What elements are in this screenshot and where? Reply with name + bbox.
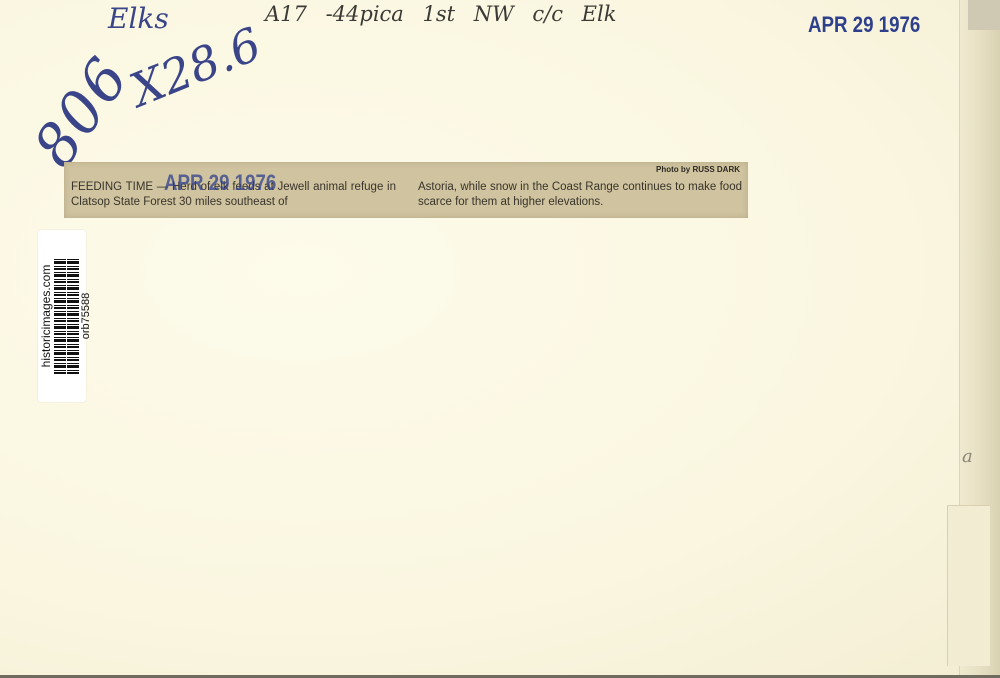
- label-site: historicimages.com: [40, 236, 53, 396]
- handwritten-subject: Elks: [108, 2, 169, 35]
- date-stamp: APR 29 1976: [808, 12, 920, 38]
- clipping-date-stamp: APR 29 1976: [164, 170, 276, 196]
- archive-barcode-label: historicimages.com orb75588: [38, 230, 86, 402]
- newspaper-clipping: Photo by RUSS DARK FEEDING TIME — Herd o…: [64, 162, 748, 218]
- right-edge-tab: [947, 505, 990, 666]
- label-item-id: orb75588: [80, 236, 92, 396]
- margin-mark: a: [962, 446, 973, 467]
- barcode-icon: [54, 258, 66, 374]
- barcode-icon-2: [67, 258, 79, 374]
- photo-credit: Photo by RUSS DARK: [656, 165, 740, 174]
- pencil-note: A17 -44pica 1st NW c/c Elk: [265, 2, 616, 26]
- right-edge-corner: [968, 0, 1000, 30]
- caption-right-column: Astoria, while snow in the Coast Range c…: [418, 180, 742, 210]
